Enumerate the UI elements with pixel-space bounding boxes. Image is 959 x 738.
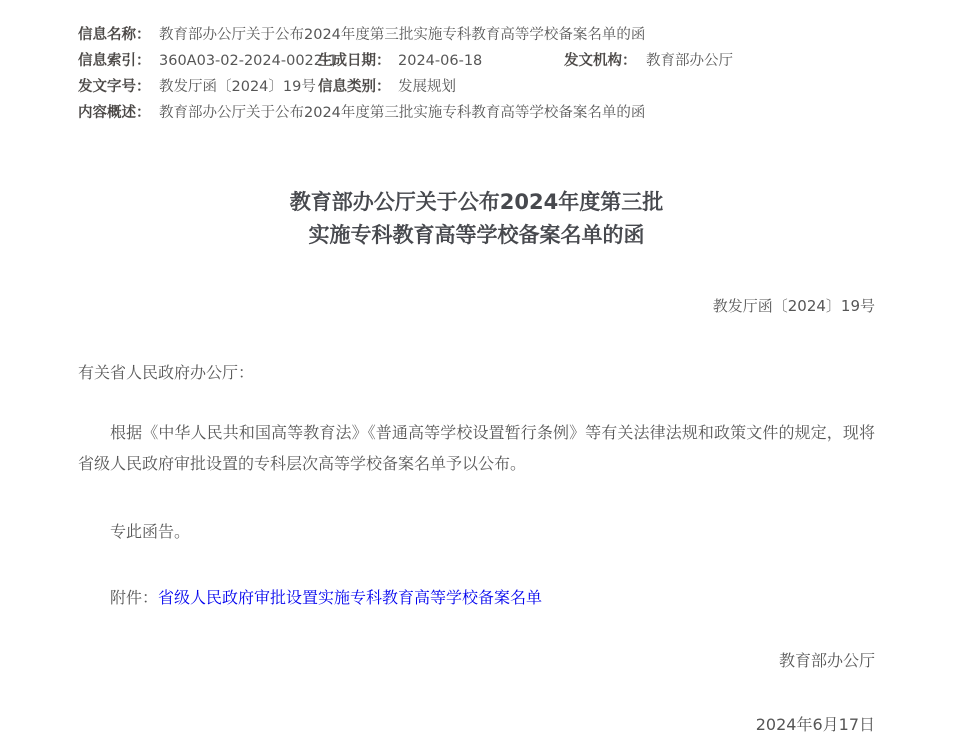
- meta-value-gen-date: 2024-06-18: [398, 48, 564, 74]
- meta-label-issuer: 发文机构：: [564, 48, 646, 74]
- meta-label-doc-no: 发文字号：: [78, 74, 159, 100]
- meta-label-summary: 内容概述：: [78, 100, 159, 126]
- meta-value-summary: 教育部办公厅关于公布2024年度第三批实施专科教育高等学校备案名单的函: [159, 100, 875, 126]
- attachment-line: 附件：省级人民政府审批设置实施专科教育高等学校备案名单: [78, 582, 875, 613]
- document-title-line2: 实施专科教育高等学校备案名单的函: [78, 219, 875, 252]
- meta-value-issuer: 教育部办公厅: [646, 48, 875, 74]
- document-title: 教育部办公厅关于公布2024年度第三批 实施专科教育高等学校备案名单的函: [78, 186, 875, 252]
- meta-value-info-index: 360A03-02-2024-0022-1: [159, 48, 318, 74]
- date-line: 2024年6月17日: [78, 709, 875, 738]
- signature-line: 教育部办公厅: [78, 645, 875, 676]
- document-title-line1: 教育部办公厅关于公布2024年度第三批: [78, 186, 875, 219]
- meta-value-info-name: 教育部办公厅关于公布2024年度第三批实施专科教育高等学校备案名单的函: [159, 22, 875, 48]
- body-paragraph: 根据《中华人民共和国高等教育法》《普通高等学校设置暂行条例》等有关法律法规和政策…: [78, 417, 875, 479]
- attachment-link[interactable]: 省级人民政府审批设置实施专科教育高等学校备案名单: [158, 588, 542, 607]
- meta-label-info-name: 信息名称：: [78, 22, 159, 48]
- meta-label-gen-date: 生成日期：: [318, 48, 398, 74]
- addressee-line: 有关省人民政府办公厅：: [78, 362, 875, 383]
- meta-value-category: 发展规划: [398, 74, 875, 100]
- metadata-table: 信息名称： 教育部办公厅关于公布2024年度第三批实施专科教育高等学校备案名单的…: [78, 22, 875, 126]
- meta-label-info-index: 信息索引：: [78, 48, 159, 74]
- document-body: 教育部办公厅关于公布2024年度第三批 实施专科教育高等学校备案名单的函 教发厅…: [78, 186, 875, 738]
- meta-label-category: 信息类别：: [318, 74, 398, 100]
- meta-value-doc-no: 教发厅函〔2024〕19号: [159, 74, 318, 100]
- attachment-label: 附件：: [110, 588, 158, 607]
- document-page: 信息名称： 教育部办公厅关于公布2024年度第三批实施专科教育高等学校备案名单的…: [0, 0, 959, 738]
- closing-line: 专此函告。: [78, 516, 875, 547]
- document-number: 教发厅函〔2024〕19号: [78, 296, 875, 317]
